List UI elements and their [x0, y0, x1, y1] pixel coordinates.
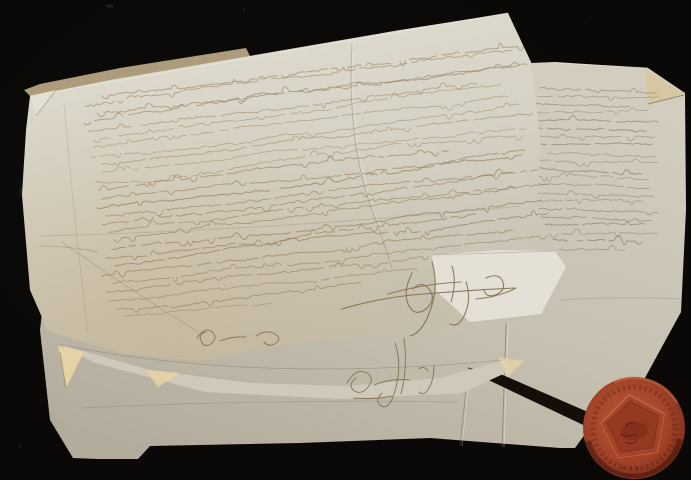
scene-canvas	[0, 0, 691, 480]
parchment-photo	[0, 0, 691, 480]
wax-seal	[583, 377, 685, 479]
